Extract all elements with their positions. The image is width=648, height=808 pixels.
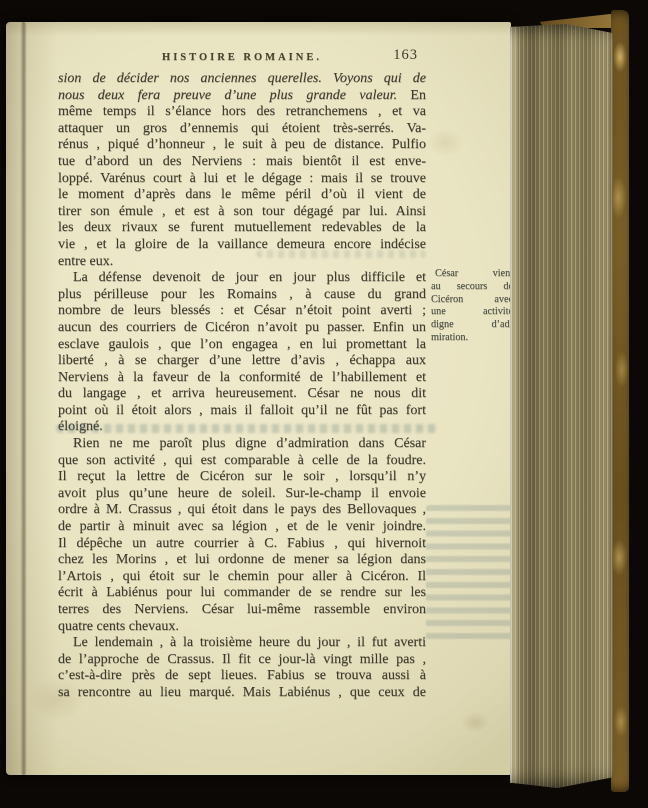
margin-note-line: au secours de <box>431 281 513 294</box>
text-line: Le lendemain , à la troisième heure du j… <box>58 635 426 652</box>
margin-note-line: miration. <box>431 332 513 345</box>
text-line: plus périlleuse pour les Romains , à cau… <box>58 287 426 304</box>
margin-note-line: Cicéron avec <box>431 294 513 307</box>
running-title: HISTOIRE ROMAINE. <box>58 48 426 63</box>
text-run: nous deux fera preuve d’une plus grande … <box>58 88 397 103</box>
paragraph: sion de décider nos anciennes querelles.… <box>58 71 426 270</box>
text-line: loppé. Varénus court à lui et le dégage … <box>58 171 426 188</box>
text-line: Il dépêche un autre courrier à C. Fabius… <box>58 536 426 553</box>
text-line: La défense devenoit de jour en jour plus… <box>58 270 426 287</box>
text-line: tirer son émule , et est à son tour déga… <box>58 204 426 221</box>
running-head: HISTOIRE ROMAINE. 163 <box>58 48 426 68</box>
text-line: vie , et la gloire de la vaillance demeu… <box>58 237 426 254</box>
text-line: avoit plus qu’une heure de soleil. Sur-l… <box>58 486 426 503</box>
text-line: sion de décider nos anciennes querelles.… <box>58 71 426 88</box>
text-line: aucun des courriers de Cicéron n’avoit p… <box>58 320 426 337</box>
text-line: tue d’abord un des Nerviens : mais bient… <box>58 154 426 171</box>
margin-note-line: César vient <box>431 268 513 281</box>
text-line: que son activité , qui est comparable à … <box>58 453 426 470</box>
paragraph: Rien ne me paroît plus digne d’admiratio… <box>58 436 426 635</box>
page-number: 163 <box>393 47 418 64</box>
text-line: écrit à Labiénus pour lui commander de s… <box>58 585 426 602</box>
text-line: quatre cents chevaux. <box>58 619 426 636</box>
text-line: attaquer un gros d’ennemis qui étoient t… <box>58 121 426 138</box>
paragraph: Le lendemain , à la troisième heure du j… <box>58 635 426 701</box>
text-line: les deux rivaux se furent mutuellement r… <box>58 220 426 237</box>
text-run: En <box>397 88 426 103</box>
text-line: Rien ne me paroît plus digne d’admiratio… <box>58 436 426 453</box>
text-line: terres des Nerviens. César lui-même rass… <box>58 602 426 619</box>
text-line: l’Artois , qui étoit sur le chemin pour … <box>58 569 426 586</box>
text-line: rénus , piqué d’honneur , le suit à peu … <box>58 137 426 154</box>
text-line: c’est-à-dire près de sept lieues. Fabius… <box>58 668 426 685</box>
text-line: entre eux. <box>58 254 426 271</box>
text-line: esclave gaulois , que l’on engagea , en … <box>58 337 426 354</box>
margin-note-line: une activité <box>431 306 513 319</box>
text-line: de l’approche de Crassus. Il fit ce jour… <box>58 652 426 669</box>
text-line: le moment d’après dans le même péril d’o… <box>58 187 426 204</box>
book-fore-edge <box>510 24 613 788</box>
text-line: Il reçut la lettre de Cicéron sur le soi… <box>58 469 426 486</box>
margin-note: César vientau secours deCicéron avecune … <box>431 268 513 345</box>
text-line: nous deux fera preuve d’une plus grande … <box>58 88 426 105</box>
book-cover-edge <box>611 10 629 792</box>
text-line: sa rencontre au lieu marqué. Mais Labién… <box>58 685 426 702</box>
book-page: HISTOIRE ROMAINE. 163 sion de décider no… <box>6 22 511 775</box>
text-line: de partir à minuit avec sa légion , et d… <box>58 519 426 536</box>
text-line: éloigné. <box>58 419 426 436</box>
page-content: HISTOIRE ROMAINE. 163 sion de décider no… <box>58 48 426 702</box>
page-gutter-crease <box>20 22 27 775</box>
text-line: du langage , et arriva heureusement. Cés… <box>58 386 426 403</box>
text-line: Nerviens à la faveur de la conformité de… <box>58 370 426 387</box>
text-line: liberté , à se charger d’une lettre d’av… <box>58 353 426 370</box>
text-line: point où il étoit alors , mais il falloi… <box>58 403 426 420</box>
ink-show-through <box>426 505 514 645</box>
text-line: nombre de leurs blessés : et César n’éto… <box>58 303 426 320</box>
paragraph: La défense devenoit de jour en jour plus… <box>58 270 426 436</box>
margin-note-line: digne d’ad- <box>431 319 513 332</box>
book-photo: HISTOIRE ROMAINE. 163 sion de décider no… <box>0 0 648 808</box>
text-line: même temps il s’élance hors des retranch… <box>58 104 426 121</box>
text-line: chez les Morins , et lui ordonne de mene… <box>58 552 426 569</box>
page-body-text: sion de décider nos anciennes querelles.… <box>58 71 426 702</box>
text-line: ordre à M. Crassus , qui étoit dans le p… <box>58 502 426 519</box>
